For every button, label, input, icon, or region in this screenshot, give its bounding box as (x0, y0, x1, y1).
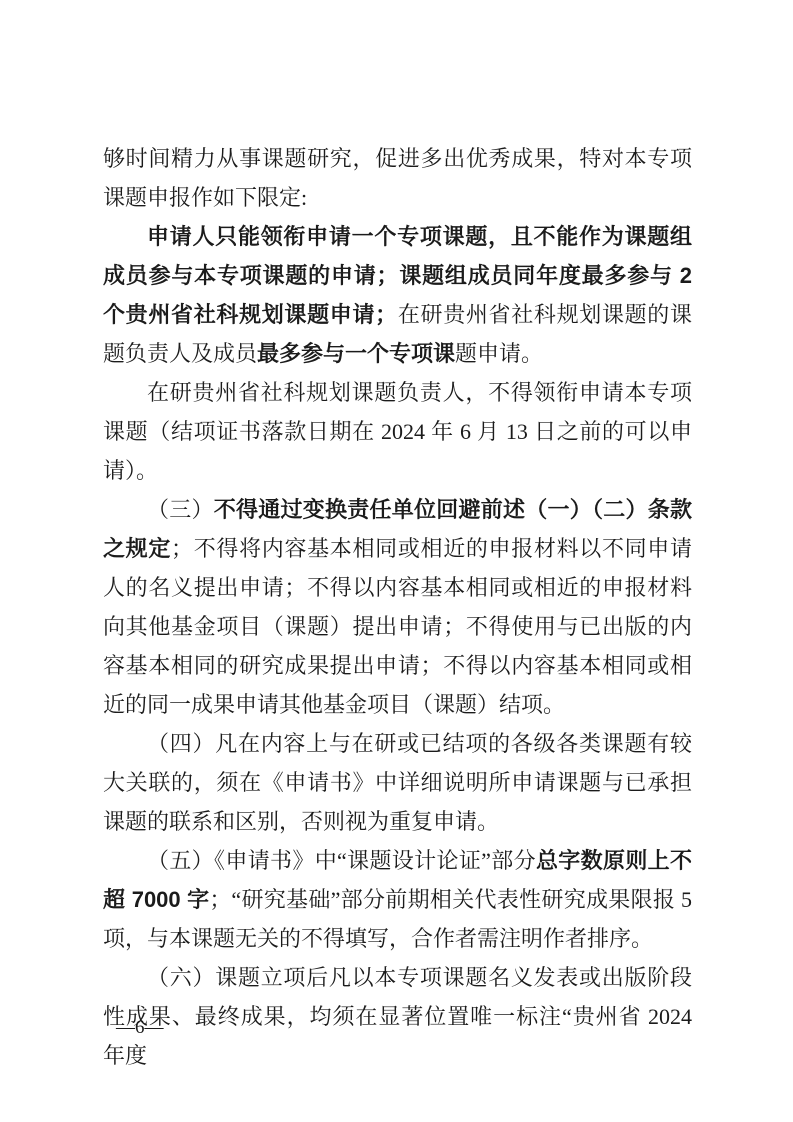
para-continuation: 够时间精力从事课题研究，促进多出优秀成果，特对本专项课题申报作如下限定: (103, 139, 692, 217)
text-run: 在研贵州省社科规划课题负责人，不得领衔申请本专项课题（结项证书落款日期在 202… (103, 380, 692, 483)
document-page: 够时间精力从事课题研究，促进多出优秀成果，特对本专项课题申报作如下限定:申请人只… (0, 0, 793, 1122)
para-ongoing-leader-restriction: 在研贵州省社科规划课题负责人，不得领衔申请本专项课题（结项证书落款日期在 202… (103, 373, 692, 490)
text-run: ；不得将内容基本相同或相近的申报材料以不同申请人的名义提出申请；不得以内容基本相… (103, 536, 692, 717)
document-text-block: 够时间精力从事课题研究，促进多出优秀成果，特对本专项课题申报作如下限定:申请人只… (103, 139, 692, 1075)
para-item-4: （四）凡在内容上与在研或已结项的各级各类课题有较大关联的，须在《申请书》中详细说… (103, 724, 692, 841)
text-run: （六）课题立项后凡以本专项课题名义发表或出版阶段性成果、最终成果，均须在显著位置… (103, 965, 692, 1068)
text-run: 最多参与一个专项课 (257, 341, 455, 366)
para-application-limits: 申请人只能领衔申请一个专项课题，且不能作为课题组成员参与本专项课题的申请；课题组… (103, 217, 692, 373)
text-run: 题申请。 (455, 341, 543, 366)
text-run: （三） (147, 497, 214, 522)
text-run: 够时间精力从事课题研究，促进多出优秀成果，特对本专项课题申报作如下限定: (103, 146, 692, 210)
text-run: （四）凡在内容上与在研或已结项的各级各类课题有较大关联的，须在《申请书》中详细说… (103, 731, 692, 834)
para-item-3: （三）不得通过变换责任单位回避前述（一）（二）条款之规定；不得将内容基本相同或相… (103, 490, 692, 724)
text-run: （五）《申请书》中“课题设计论证”部分 (147, 848, 536, 873)
para-item-6: （六）课题立项后凡以本专项课题名义发表或出版阶段性成果、最终成果，均须在显著位置… (103, 958, 692, 1075)
page-number: —6— (116, 1016, 164, 1040)
para-item-5: （五）《申请书》中“课题设计论证”部分总字数原则上不超 7000 字；“研究基础… (103, 841, 692, 958)
